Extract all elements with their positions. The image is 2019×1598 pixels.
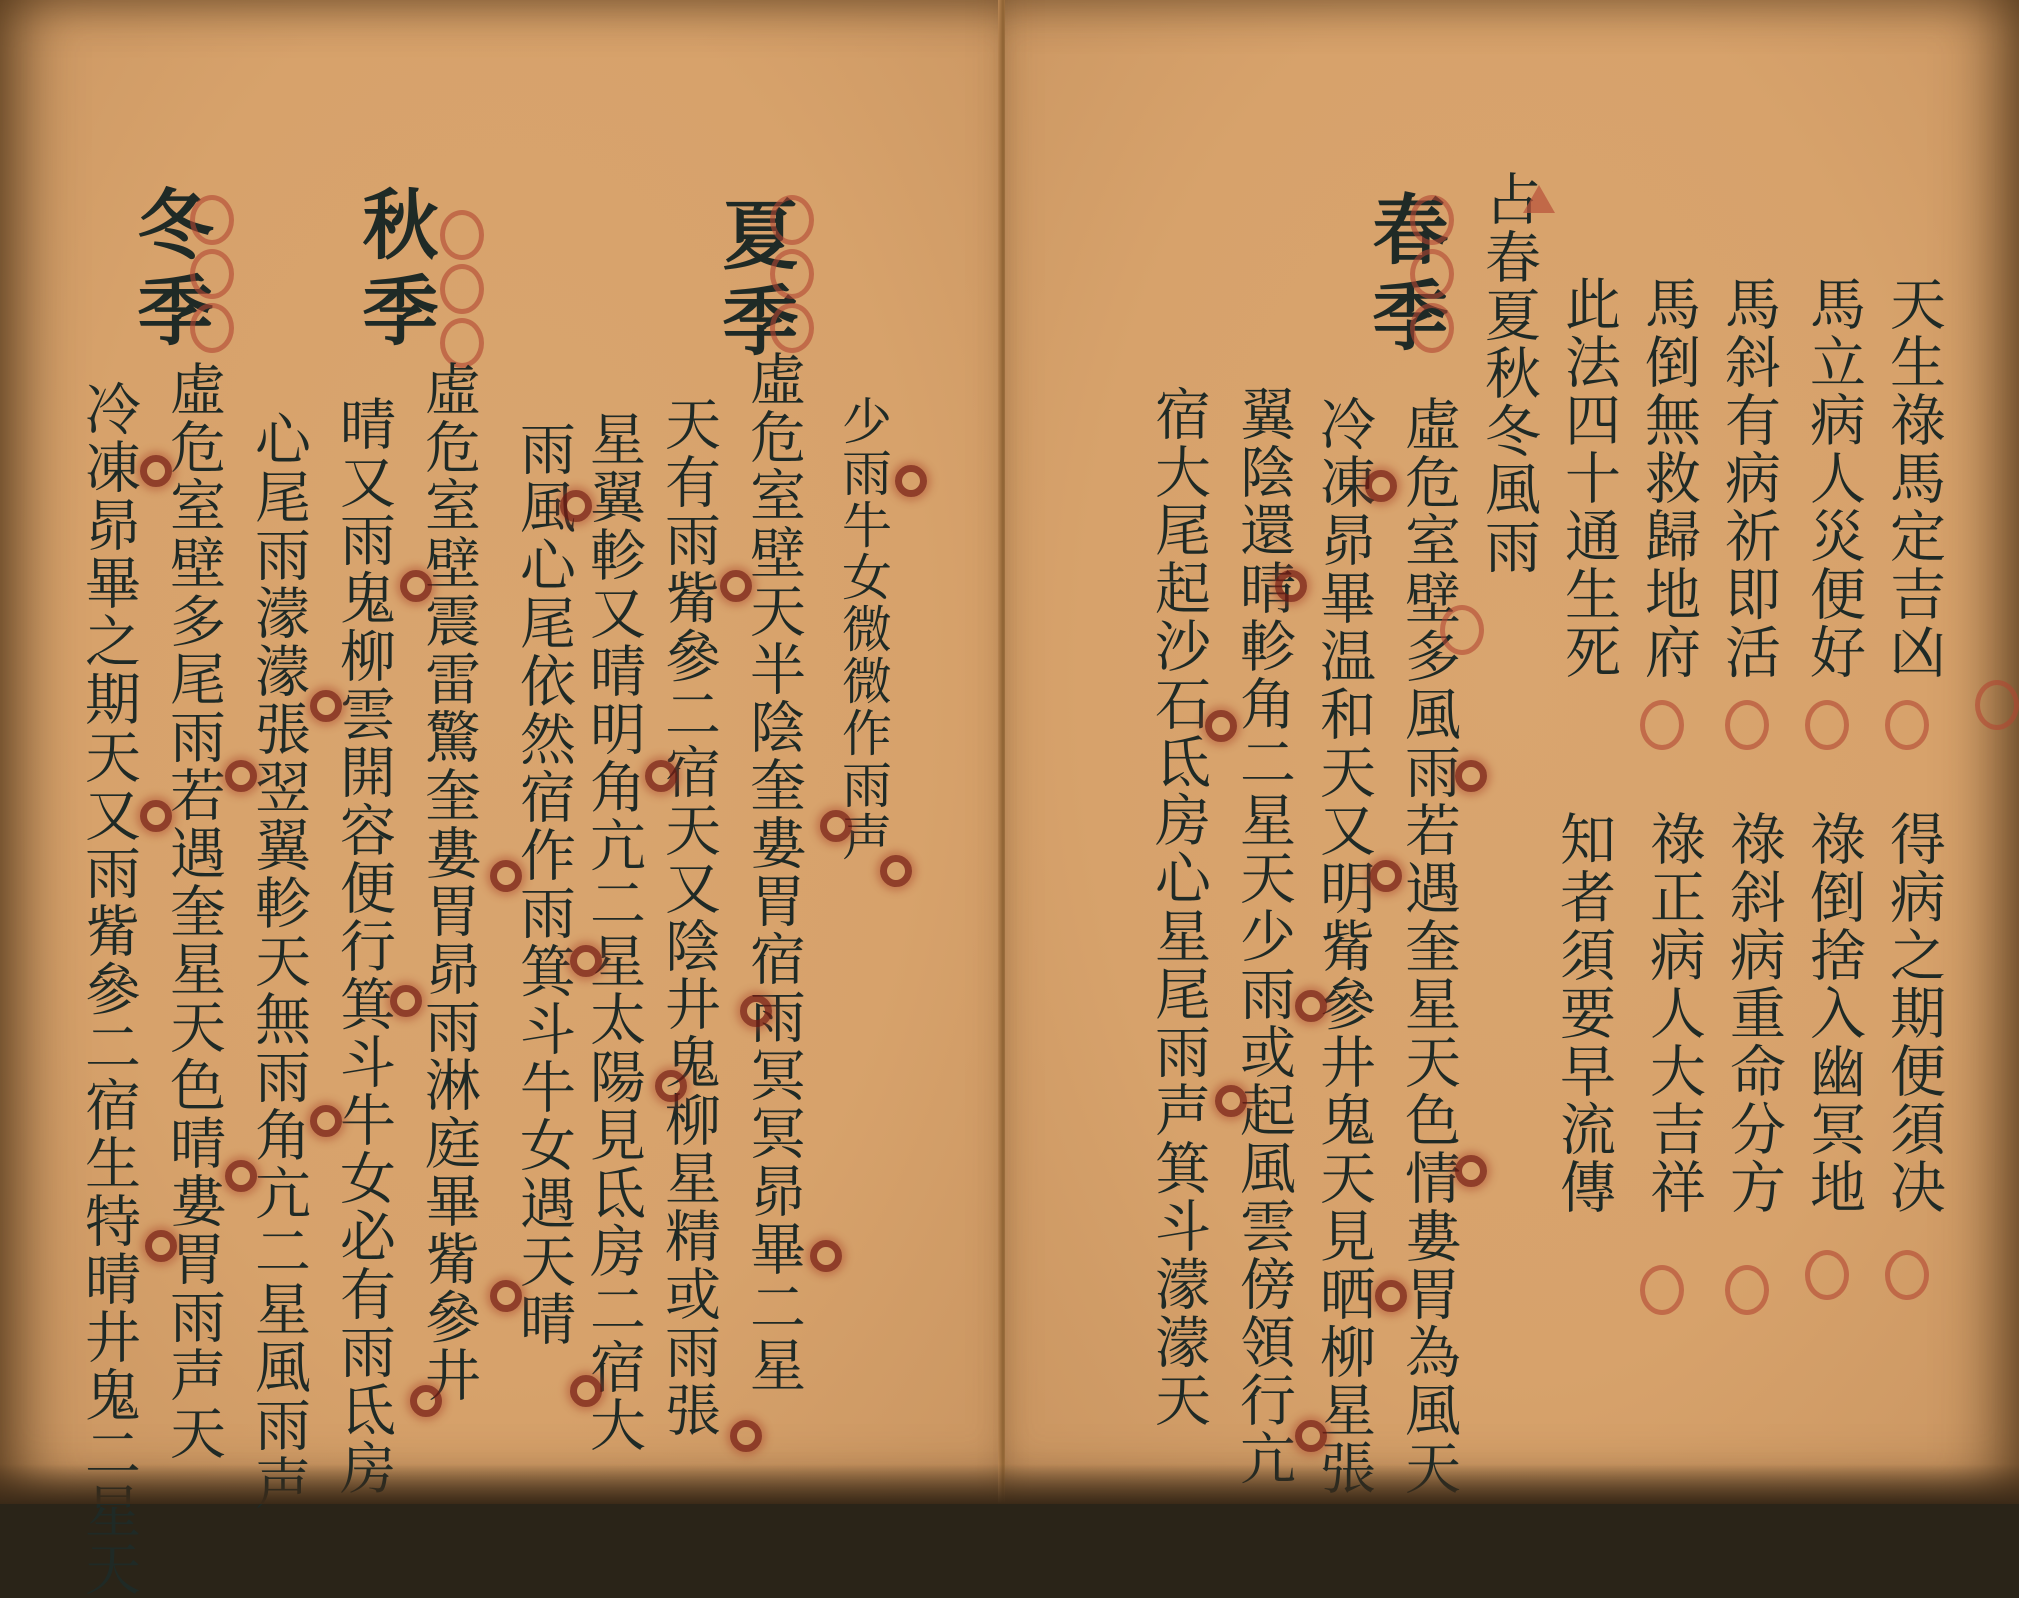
punctuation-dot <box>1455 1155 1487 1187</box>
red-circle-mark <box>440 210 484 260</box>
red-circle-mark <box>1885 700 1929 750</box>
spring-column-3: 翼陰還晴軫角二星天少雨或起風雲傍領行亢 <box>1235 385 1291 1487</box>
red-circle-mark <box>770 195 814 245</box>
verse-column-3: 馬斜有病祈即活 <box>1720 275 1776 681</box>
autumn-column-2: 晴又雨鬼柳雲開容便行箕斗牛女必有雨氐房 <box>335 395 391 1497</box>
punctuation-dot <box>1295 1420 1327 1452</box>
punctuation-dot <box>390 985 422 1017</box>
autumn-heading: 秋季 <box>340 185 449 357</box>
summer-column-3: 天有雨觜參二宿天又陰井鬼柳星精或雨張 <box>660 395 716 1439</box>
spring-column-1: 虛危室壁多風雨若遇奎星天色情婁胃為風天 <box>1400 395 1456 1497</box>
red-circle-mark <box>770 303 814 353</box>
punctuation-dot <box>1215 1085 1247 1117</box>
red-circle-mark <box>1410 195 1454 245</box>
red-circle-mark <box>1805 700 1849 750</box>
spring-column-4: 宿大尾起沙石氐房心星尾雨声箕斗濛濛天 <box>1150 385 1206 1429</box>
red-triangle-mark <box>1523 185 1555 213</box>
punctuation-dot <box>730 1420 762 1452</box>
red-circle-mark <box>1640 1265 1684 1315</box>
red-circle-mark <box>190 249 234 299</box>
winter-heading-circles <box>190 195 234 353</box>
punctuation-dot <box>140 455 172 487</box>
section-title: 占春夏秋冬風雨 <box>1480 170 1536 576</box>
punctuation-dot <box>810 1240 842 1272</box>
red-circle-mark <box>1805 1250 1849 1300</box>
red-circle-mark <box>770 249 814 299</box>
manuscript-spread: 夏季 少雨牛女微微作雨声 虛危室壁天半陰奎婁胃宿雨冥冥昴畢二星 天有雨觜參二宿天… <box>0 0 2019 1504</box>
spring-column-2: 冷凍昴畢温和天又明觜參井鬼天見晒柳星張 <box>1315 395 1371 1497</box>
verse2-column-3: 祿斜病重命分方 <box>1725 810 1781 1216</box>
punctuation-dot <box>560 490 592 522</box>
punctuation-dot <box>1205 710 1237 742</box>
autumn-column-3: 心尾雨濛濛張翌翼軫天無雨角亢二星風雨声 <box>250 410 306 1504</box>
punctuation-dot <box>310 690 342 722</box>
punctuation-dot <box>570 1375 602 1407</box>
summer-column-4: 星翼軫又晴明角亢二星太陽見氐房二宿大 <box>585 410 641 1454</box>
punctuation-dot <box>1455 760 1487 792</box>
verse-column-2: 馬立病人災便好 <box>1805 275 1861 681</box>
punctuation-dot <box>1370 860 1402 892</box>
red-circle-mark <box>1725 700 1769 750</box>
summer-heading-circles <box>770 195 814 353</box>
punctuation-dot <box>490 860 522 892</box>
red-circle-mark <box>1725 1265 1769 1315</box>
punctuation-dot <box>740 995 772 1027</box>
verse2-column-2: 祿倒捨入幽冥地 <box>1805 810 1861 1216</box>
punctuation-dot <box>140 800 172 832</box>
right-page: 天生祿馬定吉凶 馬立病人災便好 馬斜有病祈即活 馬倒無救歸地府 此法四十通生死 … <box>1005 0 2019 1504</box>
punctuation-dot <box>490 1280 522 1312</box>
verse2-column-5: 知者須要早流傳 <box>1555 810 1611 1216</box>
punctuation-dot <box>570 945 602 977</box>
red-circle-mark <box>1410 303 1454 353</box>
punctuation-dot <box>1375 1280 1407 1312</box>
verse-column-4: 馬倒無救歸地府 <box>1640 275 1696 681</box>
punctuation-dot <box>225 1160 257 1192</box>
verse2-column-4: 祿正病人大吉祥 <box>1645 810 1701 1216</box>
red-circle-mark <box>440 264 484 314</box>
punctuation-dot <box>1295 990 1327 1022</box>
punctuation-dot <box>400 570 432 602</box>
summer-column-2: 虛危室壁天半陰奎婁胃宿雨冥冥昴畢二星 <box>745 350 801 1394</box>
left-page: 夏季 少雨牛女微微作雨声 虛危室壁天半陰奎婁胃宿雨冥冥昴畢二星 天有雨觜參二宿天… <box>0 0 1005 1504</box>
red-circle-mark <box>190 303 234 353</box>
autumn-column-1: 虛危室壁震雷驚奎婁胃昴雨淋庭畢觜參井 <box>420 360 476 1404</box>
red-circle-mark <box>1885 1250 1929 1300</box>
red-circle-mark <box>1440 605 1484 655</box>
punctuation-dot <box>820 810 852 842</box>
punctuation-dot <box>225 760 257 792</box>
punctuation-dot <box>410 1385 442 1417</box>
punctuation-dot <box>645 760 677 792</box>
winter-column-1: 虛危室壁多尾雨若遇奎星天色晴婁胃雨声天 <box>165 360 221 1462</box>
punctuation-dot <box>895 465 927 497</box>
autumn-heading-circles <box>440 210 484 368</box>
punctuation-dot <box>145 1230 177 1262</box>
winter-column-2: 冷凍昴畢之期天又雨觜參二宿生特晴井鬼二星天 <box>80 380 136 1504</box>
punctuation-dot <box>310 1105 342 1137</box>
red-circle-mark <box>190 195 234 245</box>
summer-column-1: 少雨牛女微微作雨声 <box>838 395 888 863</box>
red-circle-mark <box>1640 700 1684 750</box>
summer-column-5: 雨風心尾依然宿作雨箕斗牛女遇天晴 <box>515 420 571 1348</box>
verse-column-5: 此法四十通生死 <box>1560 275 1616 681</box>
punctuation-dot <box>1365 470 1397 502</box>
verse-column-1: 天生祿馬定吉凶 <box>1885 275 1941 681</box>
red-circle-mark <box>1975 680 2019 730</box>
punctuation-dot <box>1275 570 1307 602</box>
red-circle-mark <box>1410 249 1454 299</box>
verse2-column-1: 得病之期便須决 <box>1885 810 1941 1216</box>
punctuation-dot <box>655 1070 687 1102</box>
punctuation-dot <box>720 570 752 602</box>
punctuation-dot <box>880 855 912 887</box>
spring-heading-circles <box>1410 195 1454 353</box>
page-bottom-edge <box>0 1464 2019 1504</box>
